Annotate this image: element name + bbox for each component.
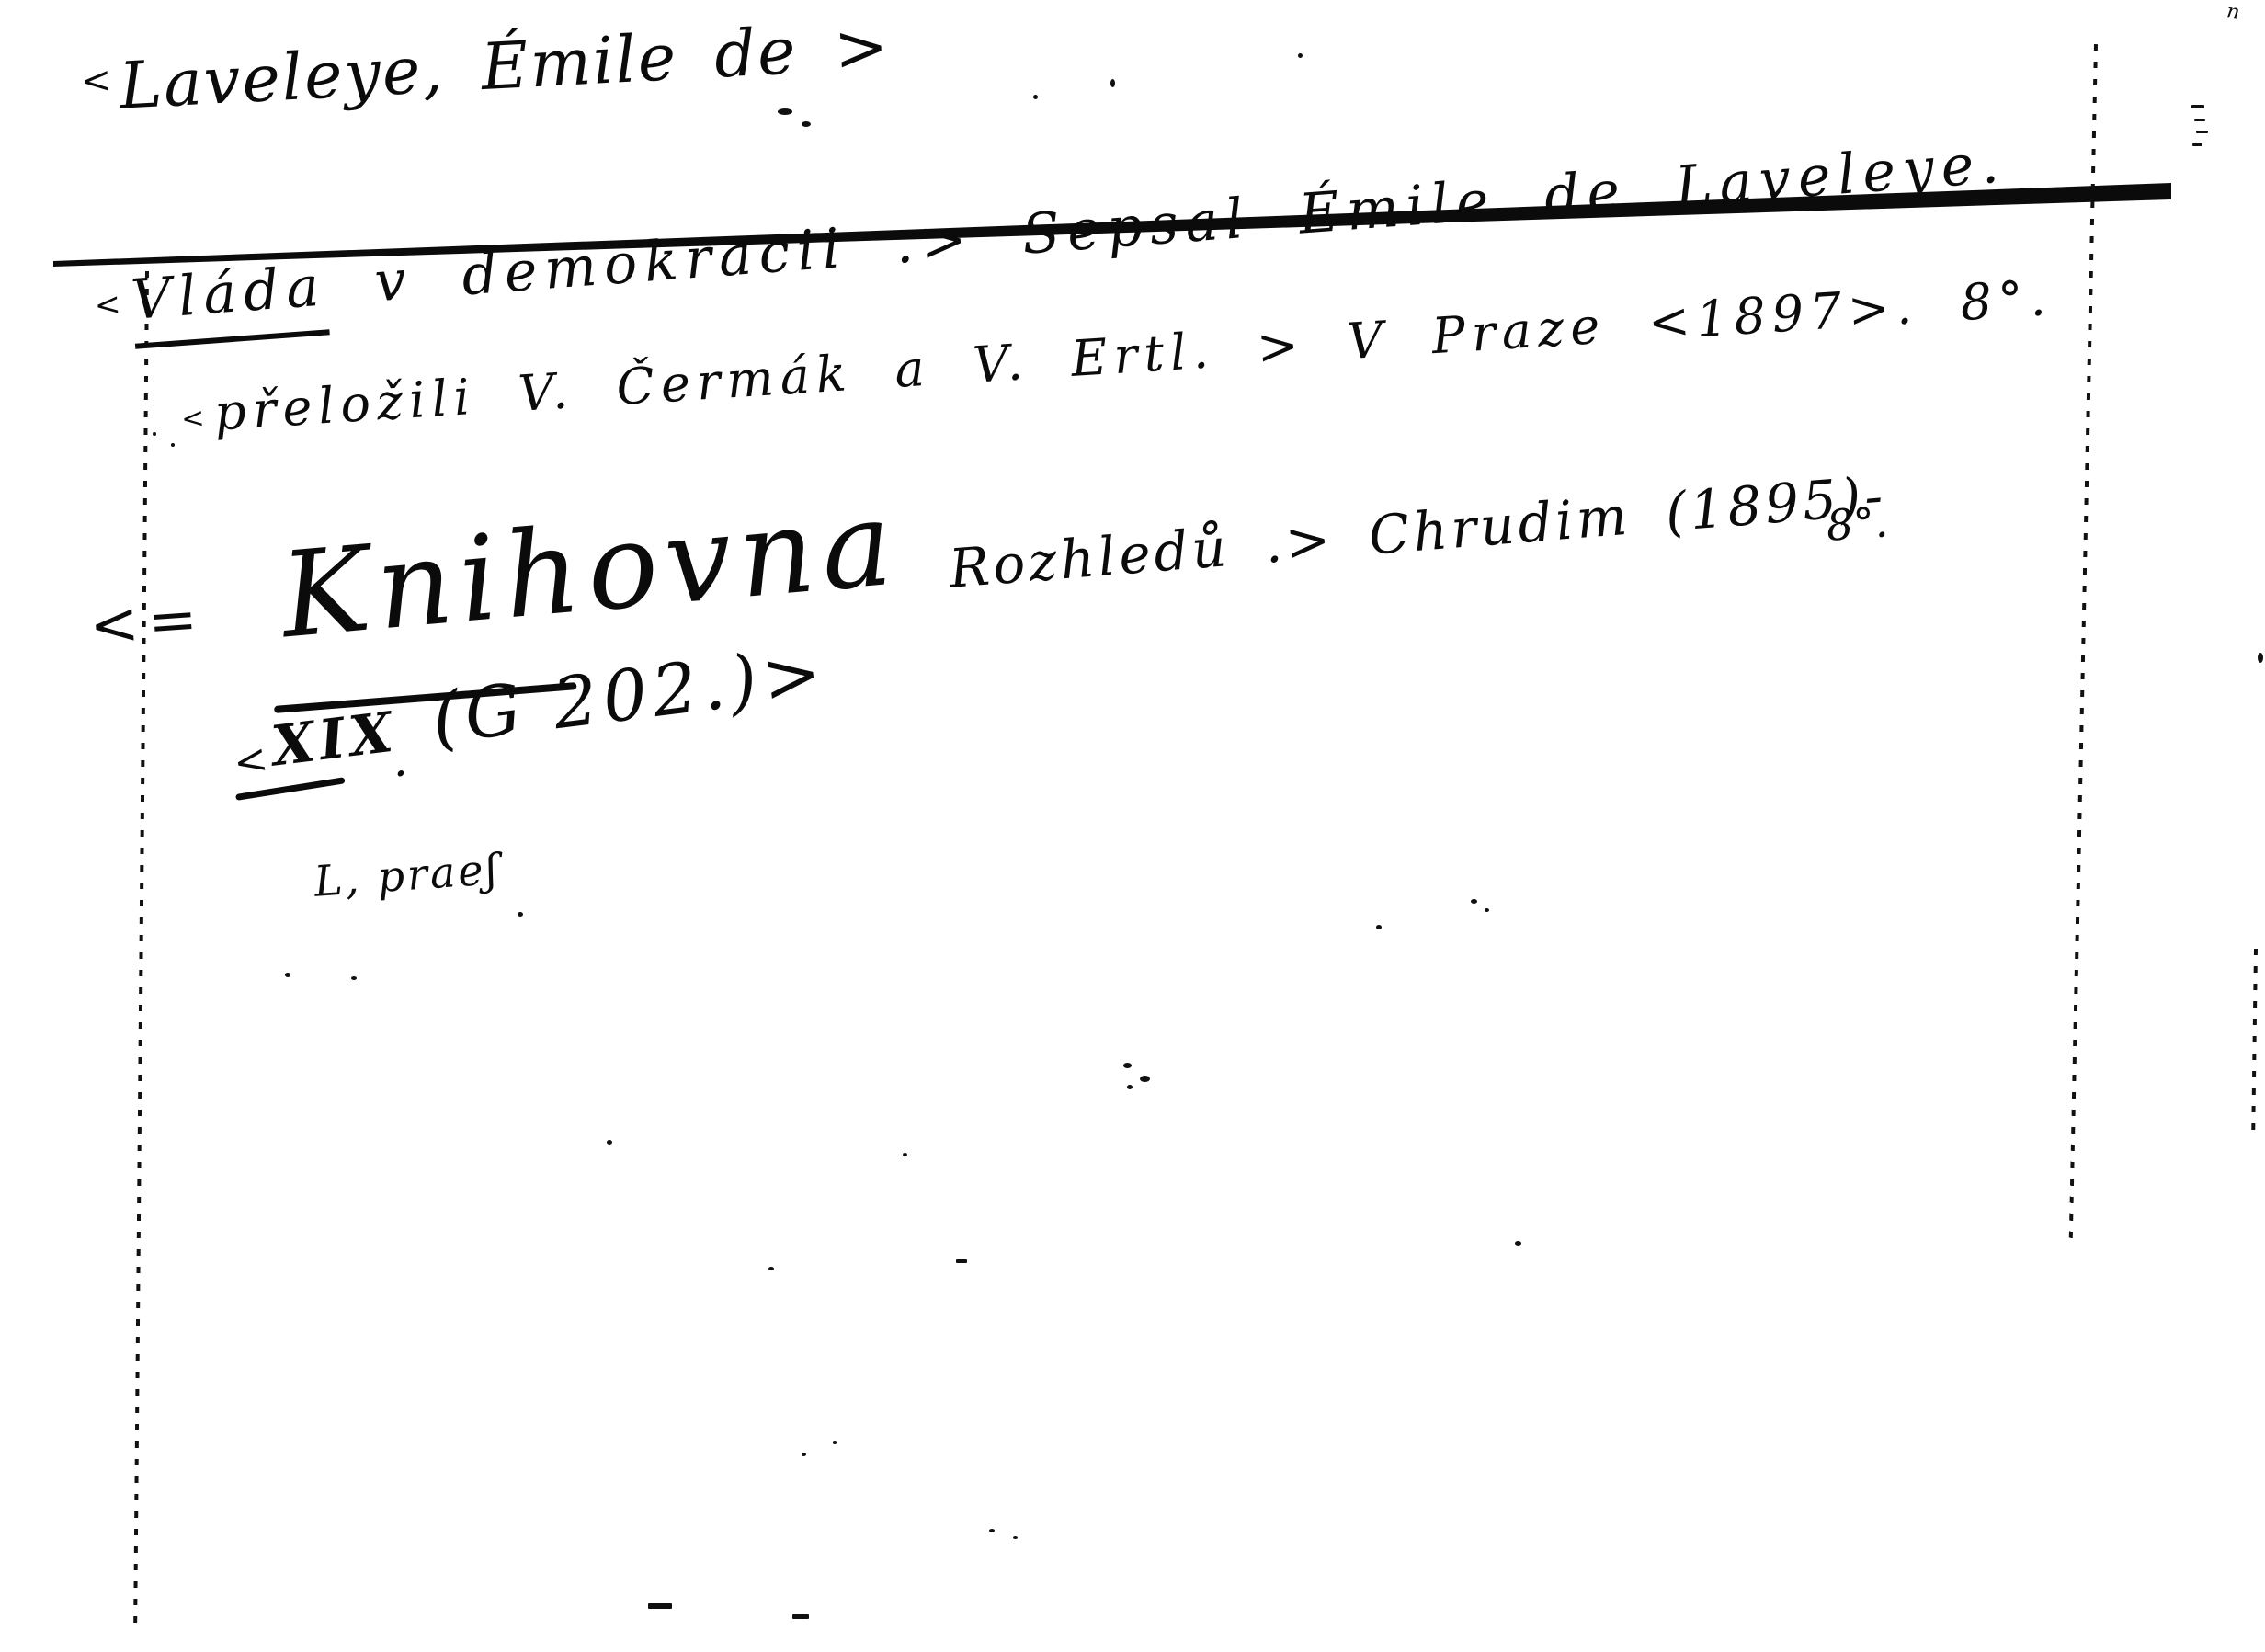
scan-speck xyxy=(351,976,357,980)
heading-line: <Laveleye, Émile de > xyxy=(79,8,892,126)
scan-speck xyxy=(802,1453,806,1456)
shelfmark: (G 202.)> xyxy=(427,630,831,759)
scan-dash xyxy=(2194,119,2205,121)
scan-speck xyxy=(2258,653,2263,663)
left-margin-dotted-line xyxy=(133,271,149,1623)
scan-speck xyxy=(903,1153,907,1156)
scan-dash xyxy=(2191,105,2204,108)
scan-speck xyxy=(1140,1076,1150,1082)
scan-smudge xyxy=(648,1603,672,1609)
scan-speck xyxy=(1110,79,1115,87)
open-bracket-mark: < xyxy=(80,59,115,103)
scan-speck xyxy=(1013,1536,1018,1539)
open-bracket-mark: < xyxy=(93,285,129,325)
scan-speck xyxy=(1127,1085,1132,1089)
scan-dash xyxy=(2192,143,2202,146)
scan-smudge xyxy=(792,1614,809,1619)
right-margin-dotted-line xyxy=(2069,44,2098,1239)
scan-speck xyxy=(171,443,175,447)
scan-speck xyxy=(989,1529,995,1532)
classification-dot: . xyxy=(393,734,408,787)
scan-speck xyxy=(285,973,290,977)
scan-speck xyxy=(778,108,792,115)
equals-mark: = xyxy=(145,585,209,656)
open-bracket-mark: < xyxy=(87,589,151,661)
cataloger-note-scribble: L, praeʃ xyxy=(313,844,502,906)
classification-roman-numeral: XIX xyxy=(268,700,401,779)
scan-dash xyxy=(956,1259,967,1263)
title-word-underlined: Vláda xyxy=(129,254,329,348)
open-bracket-mark: < xyxy=(180,402,211,436)
heading-author: Laveleye, Émile de > xyxy=(117,8,892,124)
scan-speck xyxy=(1123,1063,1132,1068)
scan-speck xyxy=(833,1441,837,1444)
scan-speck xyxy=(1033,95,1038,99)
scan-speck xyxy=(518,912,523,917)
scan-speck xyxy=(1515,1241,1521,1246)
scan-speck xyxy=(768,1267,774,1270)
corner-mark: n xyxy=(2225,0,2242,25)
right-edge-dotted-line xyxy=(2251,949,2258,1133)
scan-speck xyxy=(1376,925,1382,929)
scan-speck xyxy=(1471,899,1477,904)
series-place-year: Rozhledů .> Chrudim (1895)- xyxy=(947,464,1888,600)
scan-speck xyxy=(607,1140,612,1145)
scan-speck xyxy=(802,121,811,127)
scan-speck xyxy=(1485,908,1489,912)
catalog-card: <Laveleye, Émile de > <Vláda v demokraci… xyxy=(0,0,2265,1652)
scan-speck xyxy=(153,432,156,436)
scan-speck xyxy=(1298,53,1303,58)
series-bracket-equals: <= xyxy=(87,585,209,661)
open-bracket-mark: < xyxy=(230,735,271,788)
series-format-size: 8°. xyxy=(1825,496,1889,551)
scan-dash xyxy=(2196,131,2208,133)
